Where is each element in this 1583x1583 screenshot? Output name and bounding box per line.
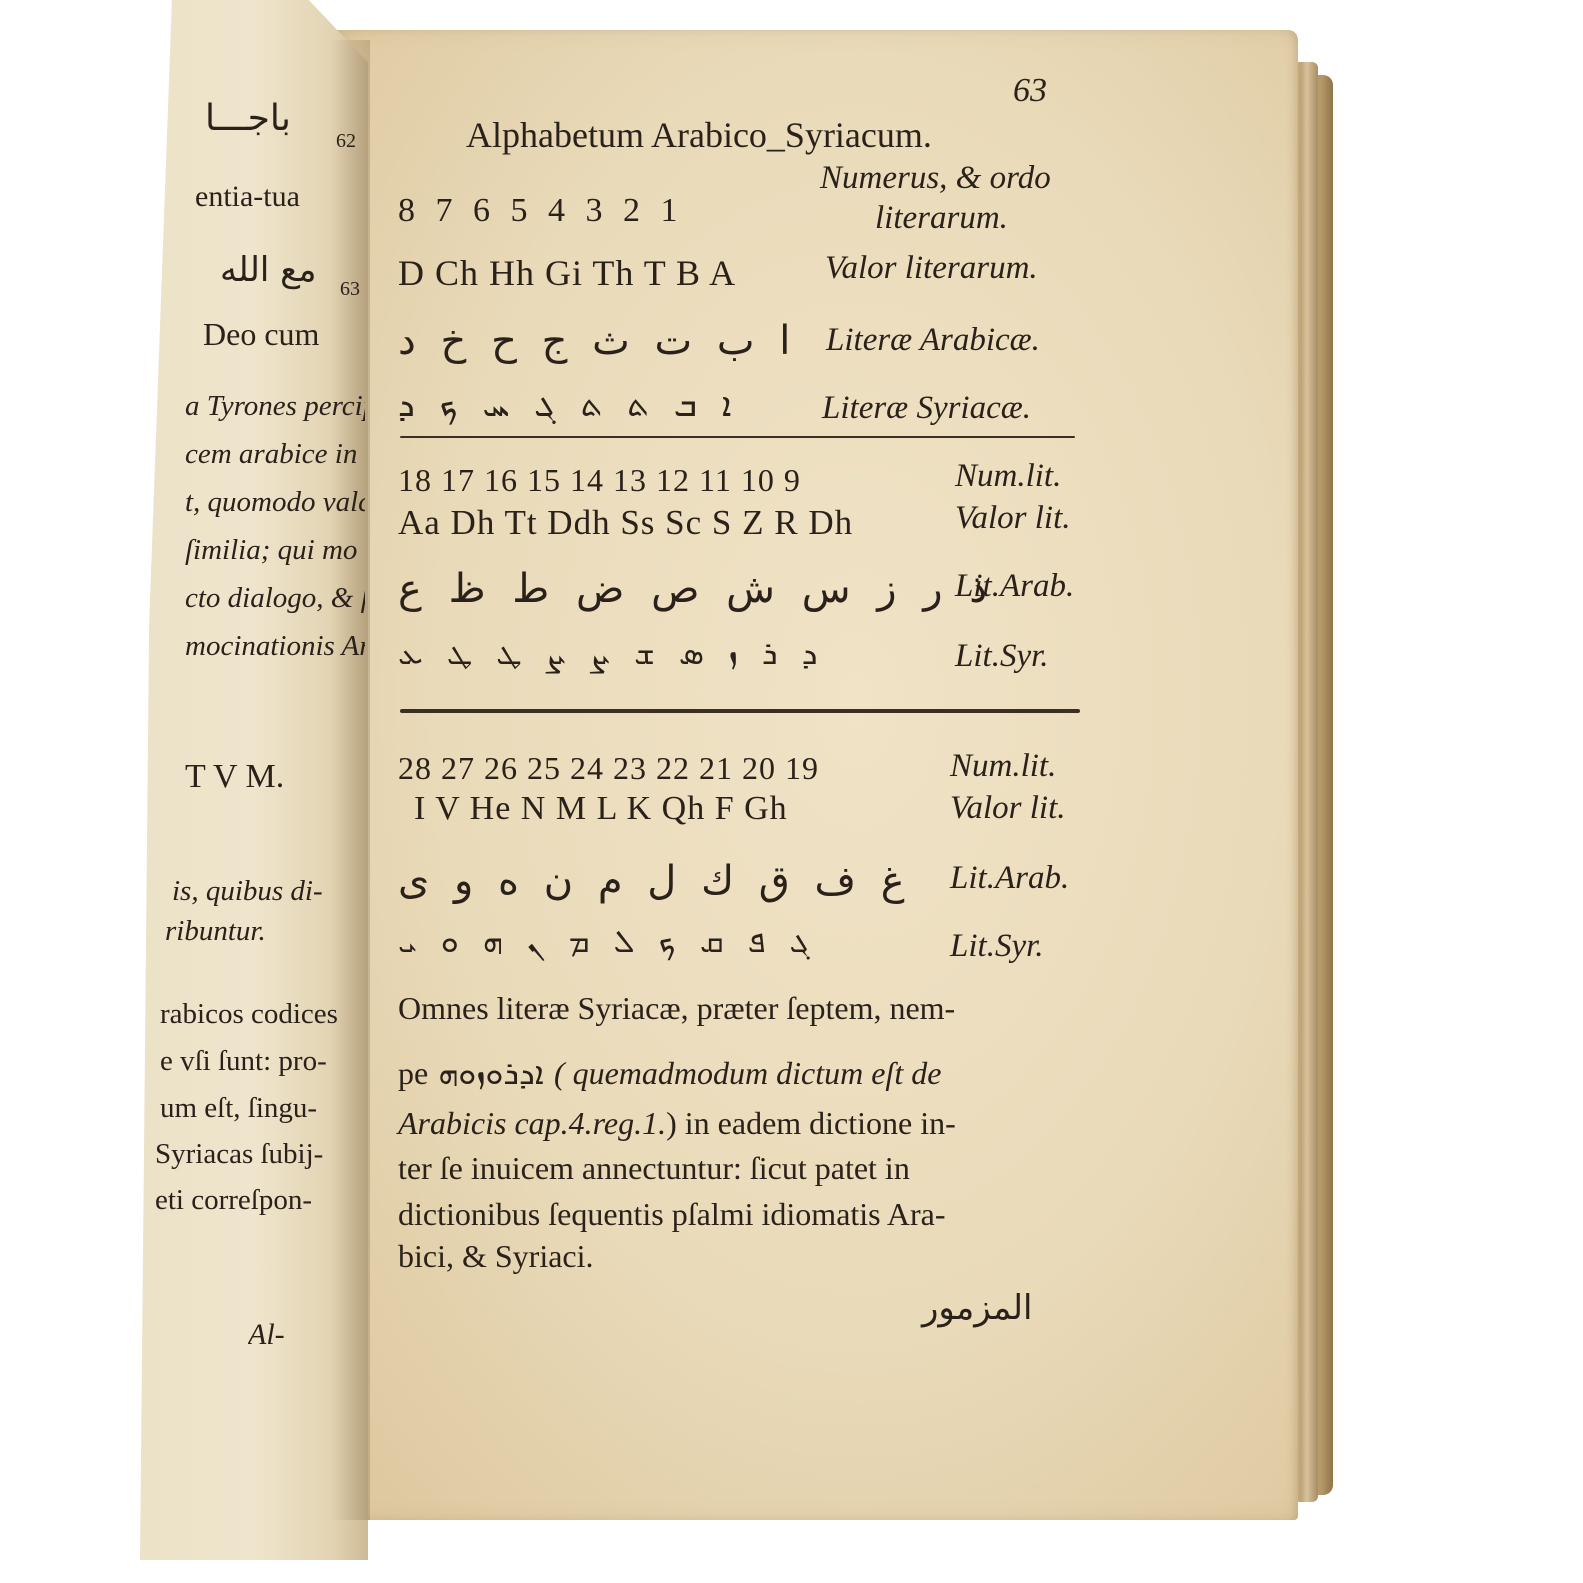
section1-values: D Ch Hh Gi Th T B A xyxy=(398,252,736,294)
section3-label-numbers: Num.lit. xyxy=(950,748,1056,785)
section3-values: I V He N M L K Qh F Gh xyxy=(414,790,788,828)
left-arabic-line-2: مع الله xyxy=(220,250,316,290)
paragraph-line-3: Arabicis cap.4.reg.1.) in eadem dictione… xyxy=(398,1104,956,1142)
left-italic-line: cto dialogo, & ſ xyxy=(185,582,365,615)
left-verse-number-63: 63 xyxy=(340,278,360,301)
section2-syriac-letters: ܕ ܪ ܙ ܣ ܫ ܨ ܨ ܛ ܛ ܥ xyxy=(398,634,818,673)
left-italic-line-2: ribuntur. xyxy=(165,915,355,948)
section3-arabic-letters: غ ف ق ك ل م ن ه و ى xyxy=(398,858,905,904)
left-verse-number-62: 62 xyxy=(336,130,356,153)
page-title: Alphabetum Arabico_Syriacum. xyxy=(466,114,932,156)
section3-label-syriac: Lit.Syr. xyxy=(950,928,1044,965)
section3-syriac-letters: ܓ ܦ ܩ ܟ ܠ ܡ ܢ ܗ ܘ ܝ xyxy=(398,922,810,961)
section3-label-values: Valor lit. xyxy=(950,790,1066,827)
divider-rule-2 xyxy=(400,709,1080,713)
section1-label-numbers-1: Numerus, & ordo xyxy=(820,160,1051,197)
paragraph-line-3-rest: ) in eadem dictione in- xyxy=(666,1105,956,1141)
section3-numbers: 28 27 26 25 24 23 22 21 20 19 xyxy=(398,750,819,787)
left-heading-tail: T V M. xyxy=(185,758,284,796)
section1-syriac-letters: ܐ ܒ ܬ ܬ ܓ ܚ ܟ ܕ xyxy=(398,385,731,425)
left-italic-line: t, quomodo valc xyxy=(185,486,365,519)
section1-label-arabic: Literæ Arabicæ. xyxy=(826,322,1040,359)
section1-label-values: Valor literarum. xyxy=(825,250,1038,287)
paragraph-line-1: Omnes literæ Syriacæ, præter ſeptem, nem… xyxy=(398,990,955,1027)
section1-label-syriac: Literæ Syriacæ. xyxy=(822,390,1031,427)
page-number: 63 xyxy=(1013,72,1047,110)
left-roman-line: um eſt, ſingu- xyxy=(160,1092,360,1125)
left-roman-line: eti correſpon- xyxy=(155,1184,355,1217)
open-book: 63 Alphabetum Arabico_Syriacum. 8 7 6 5 … xyxy=(0,0,1583,1583)
paragraph-line-5: dictionibus ſequentis pſalmi idiomatis A… xyxy=(398,1196,945,1233)
left-italic-line: ſimilia; qui mo xyxy=(185,534,365,567)
section2-label-arabic: Lit.Arab. xyxy=(955,568,1074,605)
paragraph-line-2-syriac: ܐܕܪܘܙܘܗ xyxy=(438,1054,543,1092)
paragraph-line-4: ter ſe inuicem annectuntur: ſicut patet … xyxy=(398,1150,910,1187)
paragraph-line-2-start: pe xyxy=(398,1055,428,1091)
paragraph-line-2-rest: ( quemadmodum dictum eſt de xyxy=(554,1055,941,1091)
section1-label-numbers-2: literarum. xyxy=(875,200,1008,237)
left-roman-line: Syriacas ſubij- xyxy=(155,1138,355,1171)
section2-numbers: 18 17 16 15 14 13 12 11 10 9 xyxy=(398,462,801,499)
left-italic-line: cem arabice in ſu xyxy=(185,438,365,471)
left-line-entia: entia-tua xyxy=(195,180,325,214)
left-line-deo-cum: Deo cum xyxy=(203,316,319,353)
section2-values: Aa Dh Tt Ddh Ss Sc S Z R Dh xyxy=(398,503,853,543)
catchword-arabic: المزمور xyxy=(922,1288,1032,1328)
section2-arabic-letters: ذ ر ز س ش ص ض ط ظ ع xyxy=(398,566,987,612)
left-italic-line: a Tyrones percipe xyxy=(185,390,365,423)
left-arabic-line-1: باجـــا xyxy=(205,98,291,139)
paragraph-line-3-italic: Arabicis cap.4.reg.1. xyxy=(398,1105,666,1141)
paragraph-line-6: bici, & Syriaci. xyxy=(398,1238,594,1275)
section2-label-numbers: Num.lit. xyxy=(955,458,1061,495)
gutter-shadow xyxy=(330,40,370,1520)
section1-arabic-letters: ا ب ت ث ج ح خ د xyxy=(398,318,790,364)
left-catchword: Al- xyxy=(248,1318,285,1352)
section1-numbers: 8 7 6 5 4 3 2 1 xyxy=(398,192,679,230)
left-italic-line: mocinationis Ara xyxy=(185,630,365,663)
section2-label-values: Valor lit. xyxy=(955,500,1071,537)
section3-label-arabic: Lit.Arab. xyxy=(950,860,1069,897)
left-roman-line: e vſi ſunt: pro- xyxy=(160,1045,360,1078)
paragraph-line-2: pe ܐܕܪܘܙܘܗ ( quemadmodum dictum eſt de xyxy=(398,1054,941,1093)
left-italic-line-2: is, quibus di- xyxy=(172,875,362,908)
divider-rule-1 xyxy=(400,436,1075,438)
left-roman-line: rabicos codices xyxy=(160,998,360,1031)
section2-label-syriac: Lit.Syr. xyxy=(955,638,1049,675)
